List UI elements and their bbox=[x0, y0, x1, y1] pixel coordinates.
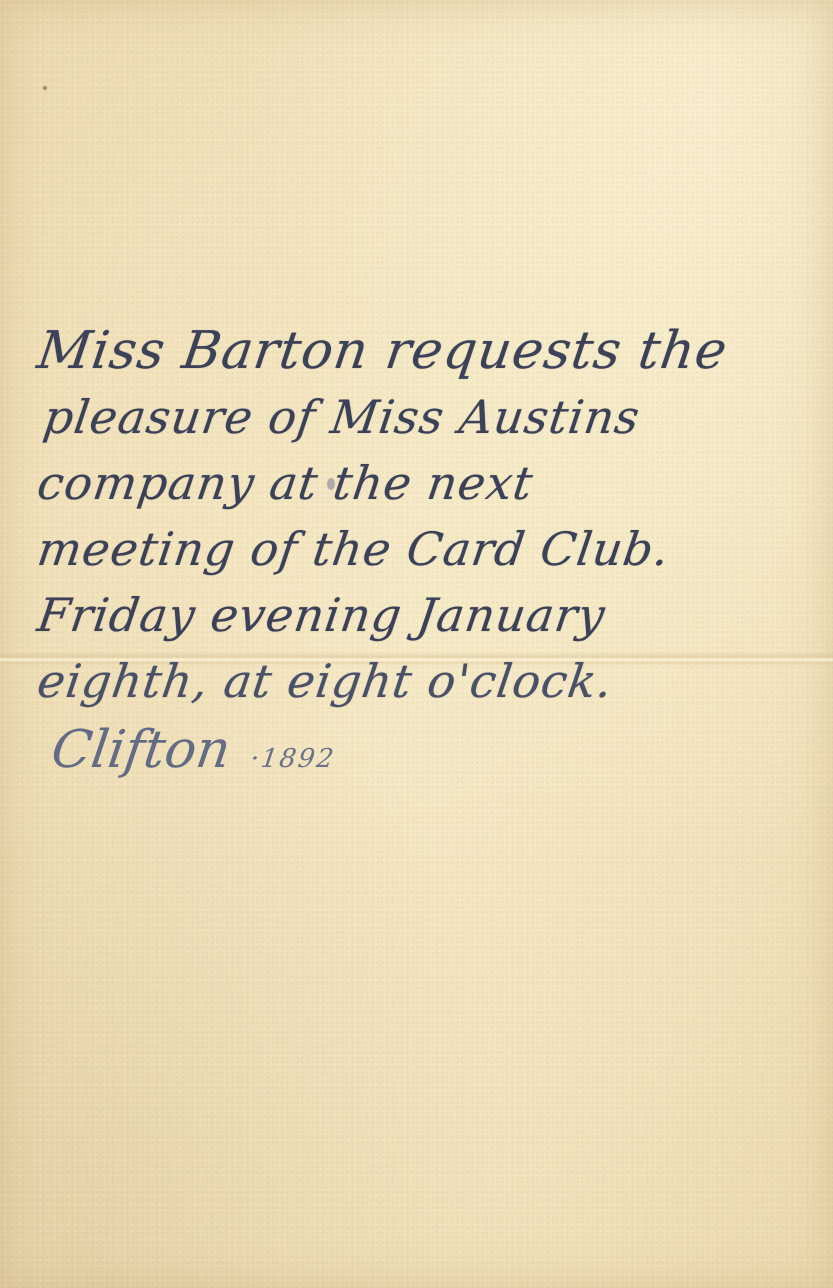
letter-line-6: eighth, at eight o'clock. bbox=[33, 648, 822, 714]
letter-line-2: pleasure of Miss Austins bbox=[39, 384, 822, 450]
letter-line-4: meeting of the Card Club. bbox=[33, 516, 822, 582]
handwritten-letter: Miss Barton requests the pleasure of Mis… bbox=[38, 318, 818, 780]
letter-line-5: Friday evening January bbox=[33, 582, 822, 648]
paper-speck bbox=[43, 86, 47, 90]
place-and-date: Clifton·1892 bbox=[48, 720, 822, 780]
letter-line-3: company at the next bbox=[33, 450, 822, 516]
place-name: Clifton bbox=[48, 720, 234, 780]
year: ·1892 bbox=[249, 744, 338, 774]
letter-line-1: Miss Barton requests the bbox=[33, 318, 822, 384]
